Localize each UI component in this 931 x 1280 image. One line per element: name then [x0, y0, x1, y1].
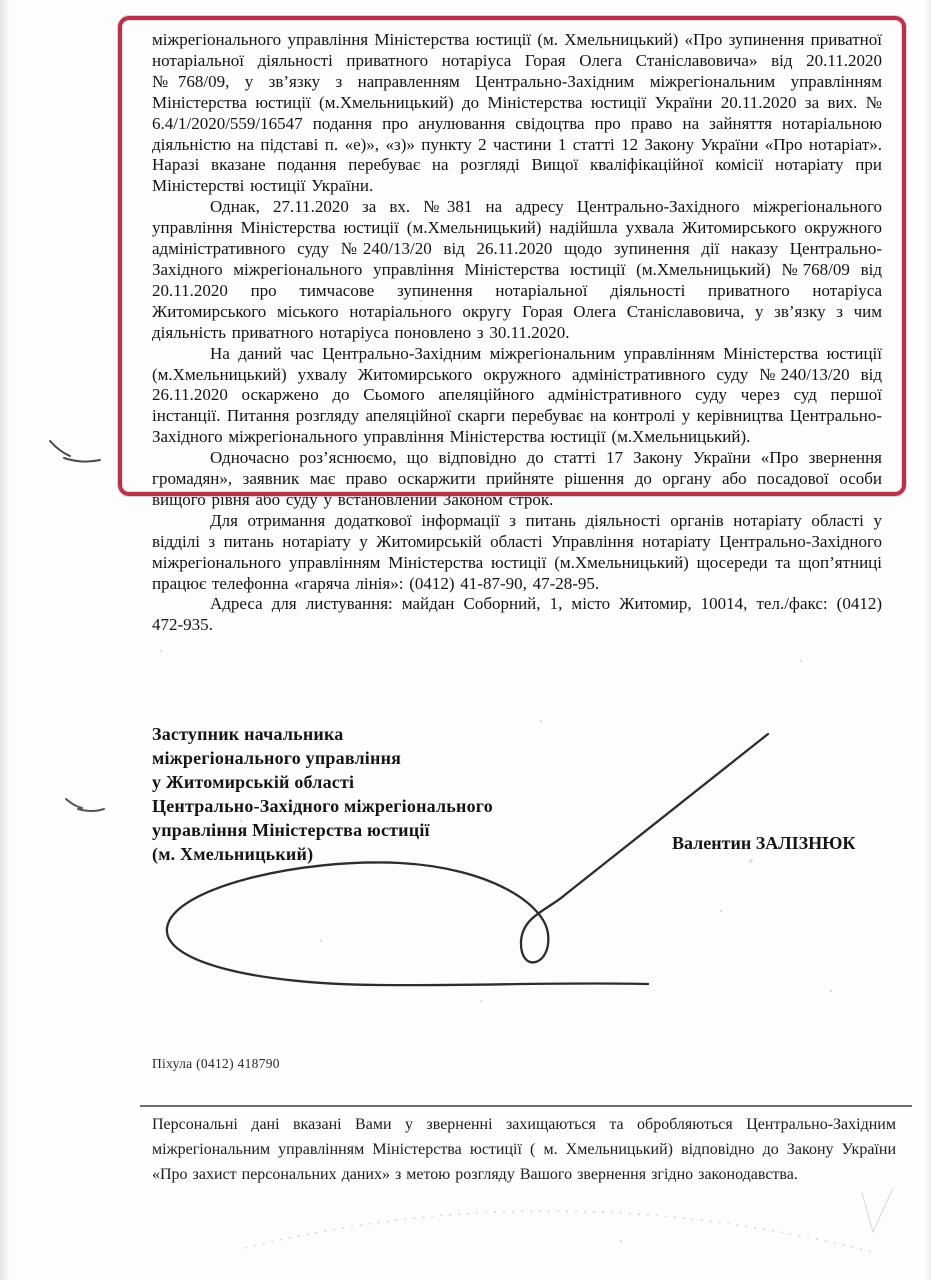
signer-name: Валентин ЗАЛІЗНЮК: [672, 833, 902, 854]
scanned-letter-page: міжрегіонального управління Міністерства…: [0, 0, 931, 1280]
paragraph-hotline-info: Для отримання додаткової інформації з пи…: [152, 511, 882, 595]
scan-artifact-mark: [862, 1188, 893, 1232]
margin-pen-mark: [66, 799, 104, 811]
signer-title-line: (м. Хмельницький): [152, 842, 512, 866]
executor-contact-line: Піхула (0412) 418790: [152, 1056, 280, 1072]
paragraph-mailing-address: Адреса для листування: майдан Соборний, …: [152, 594, 882, 636]
paragraph-appeal-status: На даний час Центрально-Західним міжрегі…: [152, 344, 882, 449]
letter-body: міжрегіонального управління Міністерства…: [152, 30, 882, 636]
paragraph-legal-clarification: Одночасно роз’яснюємо, що відповідно до …: [152, 448, 882, 511]
signer-title-line: міжрегіонального управління: [152, 746, 512, 770]
signer-title-block: Заступник начальника міжрегіонального уп…: [152, 722, 512, 866]
signer-title-line: у Житомирській області: [152, 770, 512, 794]
paragraph-continuation: міжрегіонального управління Міністерства…: [152, 30, 882, 197]
personal-data-notice: Персональні дані вказані Вами у зверненн…: [152, 1112, 896, 1187]
scan-artifact-arc: [245, 1211, 872, 1252]
signer-title-line: управління Міністерства юстиції: [152, 818, 512, 842]
signer-title-line: Центрально-Західного міжрегіонального: [152, 794, 512, 818]
paragraph-court-ruling: Однак, 27.11.2020 за вх. №381 на адресу …: [152, 197, 882, 343]
footer-divider-line: [140, 1105, 912, 1107]
margin-pen-mark: [50, 441, 100, 462]
signer-title-line: Заступник начальника: [152, 722, 512, 746]
